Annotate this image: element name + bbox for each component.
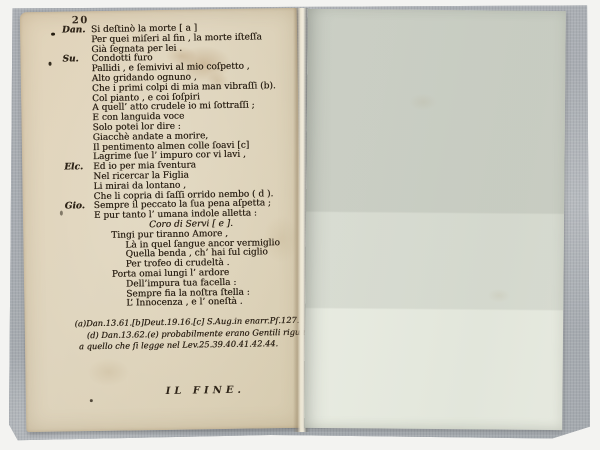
verse-text: L’ Innocenza , e l’ oneſtà . [126,297,242,309]
ink-speck [51,33,55,36]
right-page-blank [304,9,566,430]
verse-block: Dan.Si deſtinò la morte [ a ] Per quei m… [20,23,301,311]
speaker-abbreviation: Elc. [64,163,83,173]
book-photograph: 20 Dan.Si deſtinò la morte [ a ] Per que… [0,0,600,450]
speaker-abbreviation: Su. [62,56,78,66]
ink-speck [49,62,52,66]
il-fine-colophon: IL FINE. [166,385,245,397]
left-page: 20 Dan.Si deſtinò la morte [ a ] Per que… [20,8,304,432]
footnote-block: (a)Dan.13.61.[b]Deut.19.16.[c] S.Aug.in … [25,315,303,354]
speaker-abbreviation: Dan. [62,26,85,36]
ink-speck [60,211,63,216]
speaker-abbreviation: Gio. [65,203,85,213]
ink-speck [90,399,93,402]
